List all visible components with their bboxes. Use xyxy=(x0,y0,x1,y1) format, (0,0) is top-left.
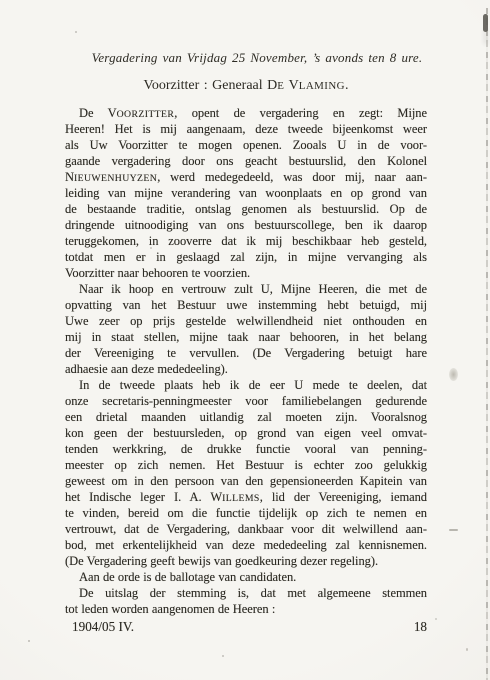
volume-signature: 1904/05 IV. xyxy=(65,619,134,635)
scan-speck xyxy=(75,31,77,33)
text-line: De VOORZITTER, opent de vergadering en z… xyxy=(65,105,427,121)
page-number: 18 xyxy=(414,619,427,635)
scanned-book-page: Vergadering van Vrijdag 25 November, ’s … xyxy=(0,0,490,680)
text-line: opvatting van het Bestuur uwe instemming… xyxy=(65,297,427,313)
scan-speck xyxy=(466,648,468,651)
scan-dash-mark xyxy=(449,529,458,531)
page-edge-binding-line xyxy=(486,8,488,680)
text-line: als Uw Voorzitter te mogen openen. Zooal… xyxy=(65,137,427,153)
text-line: Voorzitter naar behooren te voorzien. xyxy=(65,265,427,281)
meeting-date-heading: Vergadering van Vrijdag 25 November, ’s … xyxy=(87,50,427,65)
text-line: Uwe zeer op prijs gestelde welwillendhei… xyxy=(65,313,427,329)
paragraph-1: De VOORZITTER, opent de vergadering en z… xyxy=(65,105,427,281)
text-line: dringende uitnoodiging van ons bestuursc… xyxy=(65,217,427,233)
text-block: Vergadering van Vrijdag 25 November, ’s … xyxy=(65,50,427,635)
scan-speck xyxy=(150,247,152,249)
page-footer: 1904/05 IV. 18 xyxy=(65,619,427,635)
text-line: het Indische leger I. A. WILLEMS, lid de… xyxy=(65,489,427,505)
body-text: De VOORZITTER, opent de vergadering en z… xyxy=(65,105,427,617)
text-line: totdat men er in geslaagd zal zijn, in m… xyxy=(65,249,427,265)
text-line: een drietal maanden uitlandig zal moeten… xyxy=(65,409,427,425)
scan-speck xyxy=(28,640,30,642)
paragraph-2: Naar ik hoop en vertrouw zult U, Mijne H… xyxy=(65,281,427,377)
text-line: leiding van mijne verandering van woonpl… xyxy=(65,185,427,201)
text-line: der Vereeniging te vervullen. (De Vergad… xyxy=(65,345,427,361)
text-line: kon geen der bestuursleden, op grond van… xyxy=(65,425,427,441)
text-line: gaande vergadering door ons geacht bestu… xyxy=(65,153,427,169)
text-line: geweest om in den persoon van den gepens… xyxy=(65,473,427,489)
text-line: adhaesie aan deze mededeeling). xyxy=(65,361,427,377)
text-line: Aan de orde is de ballotage van candidat… xyxy=(65,569,427,585)
scan-speck xyxy=(222,655,224,657)
text-line: Heeren! Het is mij aangenaam, deze tweed… xyxy=(65,121,427,137)
chairman-subheading: Voorzitter : Generaal DE VLAMING. xyxy=(65,78,427,94)
paragraph-4: Aan de orde is de ballotage van candidat… xyxy=(65,569,427,585)
text-line: In de tweede plaats heb ik de eer U mede… xyxy=(65,377,427,393)
paragraph-5: De uitslag der stemming is, dat met alge… xyxy=(65,585,427,617)
text-line: teruggekomen, in zooverre dat ik mij bes… xyxy=(65,233,427,249)
text-line: tenden werkkring, de drukke functie voor… xyxy=(65,441,427,457)
scan-speck xyxy=(206,210,208,212)
text-line: NIEUWENHUYZEN, werd medegedeeld, was doo… xyxy=(65,169,427,185)
scan-artifact-blob xyxy=(483,14,488,32)
text-line: bod, met erkentelijkheid van deze medede… xyxy=(65,537,427,553)
text-line: tot leden worden aangenomen de Heeren : xyxy=(65,601,427,617)
text-line: meester op zich nemen. Het Bestuur is ec… xyxy=(65,457,427,473)
text-line: De uitslag der stemming is, dat met alge… xyxy=(65,585,427,601)
text-line: te vinden, bereid om die functie tijdeli… xyxy=(65,505,427,521)
text-line: vertrouwt, dat de Vergadering, dankbaar … xyxy=(65,521,427,537)
paragraph-3: In de tweede plaats heb ik de eer U mede… xyxy=(65,377,427,569)
text-line: de bestaande traditie, ontslag genomen a… xyxy=(65,201,427,217)
text-line: mij in staat stellen, mijne taak naar be… xyxy=(65,329,427,345)
text-line: onze secretaris-penningmeester voor fami… xyxy=(65,393,427,409)
text-line: Naar ik hoop en vertrouw zult U, Mijne H… xyxy=(65,281,427,297)
text-line: (De Vergadering geeft bewijs van goedkeu… xyxy=(65,553,427,569)
scan-speck xyxy=(435,618,437,620)
scan-smudge xyxy=(449,368,458,381)
